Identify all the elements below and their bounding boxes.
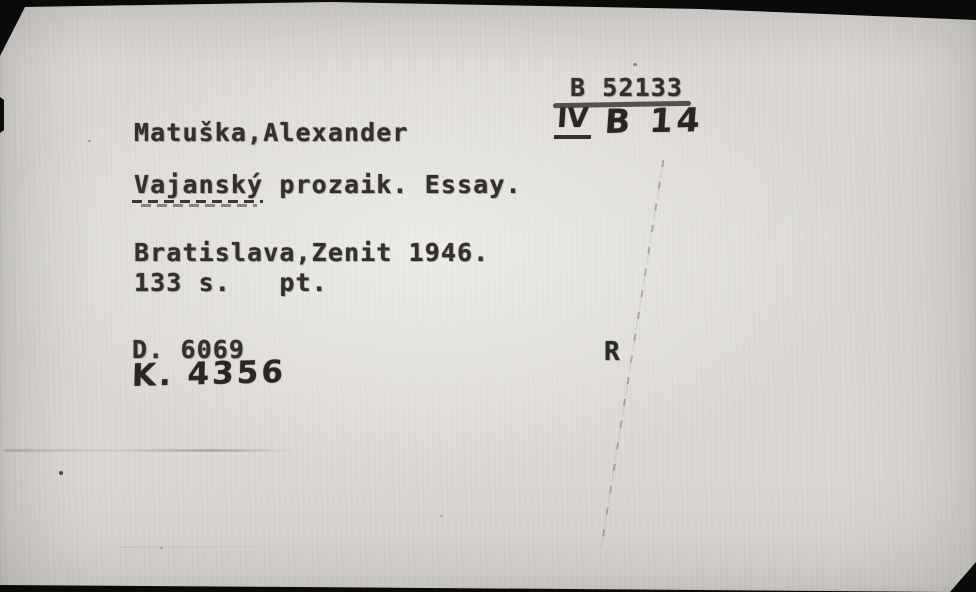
erased-pencil-line-faint (120, 546, 260, 548)
author-line: Matuška,Alexander (134, 119, 409, 147)
catalog-card-paper: B 52133 IV B 14 Matuška,Alexander Vajans… (0, 0, 976, 592)
collation-line: 133 s. pt. (134, 269, 328, 297)
paper-speck (633, 63, 637, 66)
imprint-line: Bratislava,Zenit 1946. (134, 239, 489, 267)
accession-number-handwritten: K. 4356 (131, 355, 286, 393)
title-dashed-underline (132, 200, 263, 203)
paper-speck (59, 471, 63, 475)
erased-pencil-line (4, 449, 294, 452)
title-line: Vajanský prozaik. Essay. (134, 171, 522, 199)
title-dashed-underline-second-stroke (141, 204, 257, 207)
shelf-mark: B 52133 (570, 74, 683, 102)
classification-code: B 14 (604, 103, 705, 139)
classification-roman-numeral: IV (554, 104, 593, 139)
handwritten-classification: IV B 14 (555, 104, 704, 139)
paper-speck (88, 140, 91, 142)
location-letter-r: R (604, 338, 621, 366)
paper-speck (440, 515, 443, 517)
scanned-catalog-card-page: B 52133 IV B 14 Matuška,Alexander Vajans… (0, 0, 976, 592)
paper-speck (160, 547, 163, 549)
